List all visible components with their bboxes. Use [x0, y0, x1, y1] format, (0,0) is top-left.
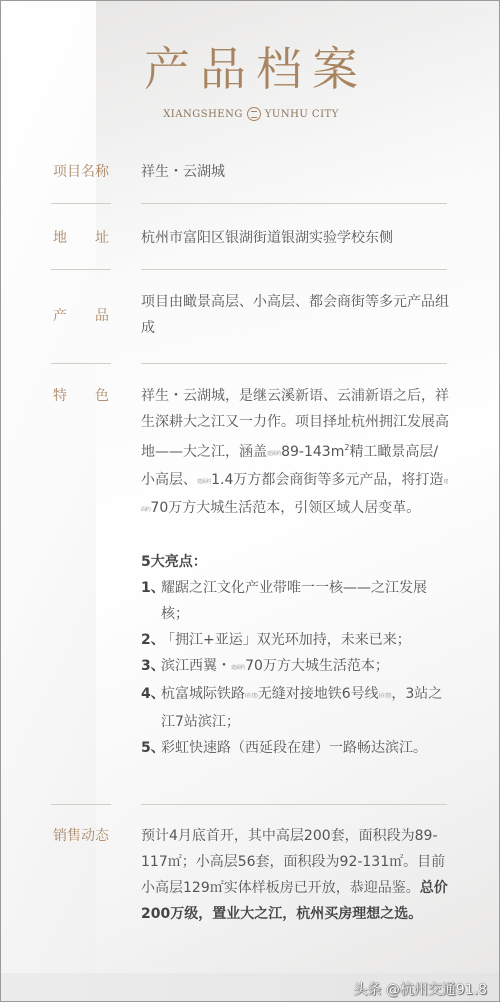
footnote: (在建): [379, 693, 392, 699]
highlight-item: 4、 杭富城际铁路(在建)无缝对接地铁6号线(在建)，3站之江7站滨江；: [141, 681, 449, 735]
value-sales: 预计4月底首开，其中高层200套，面积段为89-117㎡；小高层56套，面积段为…: [141, 823, 449, 927]
brand-left: XIANGSHENG: [163, 109, 243, 120]
footnote: 建面约: [231, 665, 245, 671]
highlights-title: 5大亮点：: [141, 549, 449, 575]
text: 杭富城际铁路: [161, 686, 245, 702]
footnote: 建面约: [197, 479, 211, 485]
label-char: 品: [95, 303, 109, 329]
label-char: 地: [53, 225, 67, 251]
label-features: 特 色: [53, 383, 109, 409]
watermark: 头条 @杭州交通91.8: [353, 979, 487, 999]
highlight-item: 1、 耀踞之江文化产业带唯一一核——之江发展核；: [141, 575, 449, 627]
text: 预计4月底首开，其中高层200套，面积段为89-117㎡；小高层56套，面积段为…: [141, 828, 445, 896]
label-product: 产 品: [53, 303, 109, 329]
page-title: 产品档案: [1, 41, 500, 97]
divider: [141, 269, 447, 270]
highlight-text: 耀踞之江文化产业带唯一一核——之江发展核；: [161, 575, 449, 627]
text: 70万方大城生活范本；: [245, 658, 389, 674]
footnote: 建面约: [267, 451, 281, 457]
label-char: 特: [53, 383, 67, 409]
highlight-number: 3、: [141, 653, 161, 681]
highlight-number: 5、: [141, 735, 161, 761]
divider: [51, 269, 111, 270]
highlight-text: 滨江西翼・建面约70万方大城生活范本；: [161, 653, 389, 681]
highlight-text: 「拥江+亚运」双光环加持，未来已来；: [161, 627, 411, 653]
label-char: 产: [53, 303, 67, 329]
text: 70万方大城生活范本，引领区域人居变革。: [150, 500, 420, 516]
divider: [51, 203, 111, 204]
highlight-number: 2、: [141, 627, 161, 653]
label-sales: 销售动态: [53, 823, 113, 849]
label-project-name: 项目名称: [53, 159, 113, 185]
label-char: 色: [95, 383, 109, 409]
highlight-number: 4、: [141, 681, 161, 735]
spacer: [141, 523, 449, 549]
text: 89-143m: [281, 444, 344, 460]
highlight-text: 彩虹快速路（西延段在建）一路畅达滨江。: [161, 735, 427, 761]
value-address: 杭州市富阳区银湖街道银湖实验学校东侧: [141, 225, 449, 251]
value-product: 项目由瞰景高层、小高层、都会商街等多元产品组成: [141, 289, 449, 341]
features-intro: 祥生・云湖城，是继云溪新语、云浦新语之后，祥生深耕大之江又一力作。项目择址杭州拥…: [141, 383, 449, 523]
divider: [141, 363, 447, 364]
divider: [51, 363, 111, 364]
value-project-name: 祥生・云湖城: [141, 159, 449, 185]
divider: [51, 804, 111, 805]
features-body: 祥生・云湖城，是继云溪新语、云浦新语之后，祥生深耕大之江又一力作。项目择址杭州拥…: [141, 383, 449, 761]
text: 滨江西翼・: [161, 658, 231, 674]
highlight-item: 5、 彩虹快速路（西延段在建）一路畅达滨江。: [141, 735, 449, 761]
text: 1.4万方都会商街等多元产品，将打造: [211, 472, 443, 488]
footnote: (在建): [245, 693, 258, 699]
highlight-item: 3、 滨江西翼・建面约70万方大城生活范本；: [141, 653, 449, 681]
highlight-number: 1、: [141, 575, 161, 627]
divider: [141, 203, 447, 204]
page-header: 产品档案 XIANGSHENG YUNHU CITY: [1, 41, 500, 121]
highlight-item: 2、 「拥江+亚运」双光环加持，未来已来；: [141, 627, 449, 653]
brand-subtitle: XIANGSHENG YUNHU CITY: [1, 107, 500, 121]
divider: [141, 804, 447, 805]
label-address: 地 址: [53, 225, 109, 251]
document-page: 产品档案 XIANGSHENG YUNHU CITY 项目名称 祥生・云湖城 地…: [0, 0, 500, 1002]
highlight-text: 杭富城际铁路(在建)无缝对接地铁6号线(在建)，3站之江7站滨江；: [161, 681, 449, 735]
brand-right: YUNHU CITY: [265, 109, 339, 120]
brand-logo-icon: [247, 107, 261, 121]
label-char: 址: [95, 225, 109, 251]
text: 无缝对接地铁6号线: [258, 686, 379, 702]
